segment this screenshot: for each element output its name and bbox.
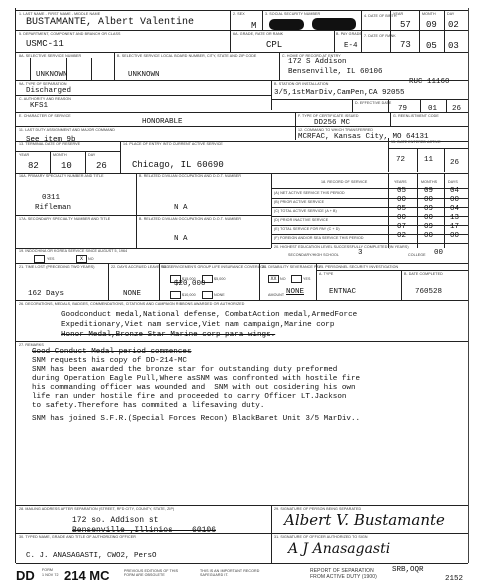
service-row-label: (a) NET ACTIVE SERVICE THIS PERIOD [274, 191, 345, 195]
terminal-year: 82 [28, 161, 39, 171]
authority-value: KFS1 [30, 102, 48, 111]
remarks-line: his commanding officer was wounded and S… [32, 384, 356, 393]
time-lost-value: 162 Days [28, 290, 64, 299]
station-ruc: RUC 11160 [409, 78, 450, 87]
officer-signature: A J Anasagasti [288, 541, 390, 557]
days-leave-value: NONE [123, 290, 141, 299]
education-secondary-label: SECONDARY/HIGH SCHOOL [288, 253, 339, 257]
form-label: FORM [42, 568, 53, 572]
command-label: 12. COMMAND TO WHICH TRANSFERRED [298, 128, 373, 132]
character-label: e. CHARACTER OF SERVICE [19, 114, 71, 118]
service-row-years: 05 [397, 187, 406, 196]
service-row-days: 04 [450, 205, 459, 214]
days-header: DAYS [448, 180, 458, 184]
pay-grade-value: E-4 [344, 42, 358, 51]
grade-label: 6a. GRADE, RATE OR RANK [233, 32, 283, 36]
service-row-label: (c) TOTAL ACTIVE SERVICE (a + b) [274, 209, 337, 213]
education-secondary-value: 3 [358, 249, 363, 258]
decorations-label: 26. DECORATIONS, MEDALS, BADGES, COMMEND… [19, 302, 244, 306]
days-leave-label: 22. DAYS ACCRUED LEAVE PAID [111, 265, 169, 269]
station-value: 3/5,1stMarDiv,CamPen,CA 92055 [274, 89, 405, 98]
terminal-year-label: YEAR [19, 153, 29, 157]
terminal-day-label: DAY [88, 153, 95, 157]
place-of-entry-value: Chicago, IL 60690 [132, 160, 224, 170]
mailing-address-label: 28. MAILING ADDRESS AFTER SEPARATION (St… [19, 507, 174, 511]
service-row-label: (e) TOTAL SERVICE FOR PAY (c + d) [274, 227, 340, 231]
related-civilian-secondary-label: b. RELATED CIVILIAN OCCUPATION AND D.O.T… [139, 217, 241, 221]
vietnam-yes-label: YES [47, 257, 55, 261]
place-of-entry-label: 14. PLACE OF ENTRY INTO CURRENT ACTIVE S… [123, 142, 223, 146]
authorizing-officer-label: 30. TYPED NAME, GRADE AND TITLE OF AUTHO… [19, 535, 136, 539]
disability-yes-checkbox[interactable] [291, 275, 302, 283]
disability-no-label: NO [280, 277, 286, 281]
page-mark: 2152 [445, 575, 463, 584]
service-row-years: 05 [397, 205, 406, 214]
dob-day: 02 [448, 20, 459, 30]
remarks-line: Good Conduct Medal period commences [32, 348, 192, 357]
secondary-specialty-label: 17a. SECONDARY SPECIALTY NUMBER AND TITL… [19, 217, 110, 221]
sgli-opt3-label: $10,000 [182, 293, 196, 297]
remarks-line: SNM has been awarded the bronze star for… [32, 366, 337, 375]
pay-grade-label: b. PAY GRADE [336, 32, 362, 36]
decorations-line: Honor Medal,Bronze Star Marine corp para… [61, 331, 275, 340]
dob-day-label: DAY [447, 12, 454, 16]
service-row-months: 00 [424, 214, 433, 223]
service-row-years: 00 [397, 196, 406, 205]
disability-label: 24. DISABILITY SEVERANCE PAY [262, 265, 321, 269]
vietnam-service-label: 19. INDOCHINA OR KOREA SERVICE SINCE AUG… [19, 249, 127, 253]
form-number-prefix: DD [16, 568, 35, 583]
important-record-note: THIS IS AN IMPORTANT RECORD SAFEGUARD IT… [200, 569, 260, 577]
security-date-value: 760528 [415, 288, 442, 297]
decorations-line: Expeditionary,Viet nam service,Viet nam … [61, 321, 334, 330]
dob-year-label: YEAR [393, 12, 403, 16]
service-row-years: 02 [397, 232, 406, 241]
sgli-label: 23. SERVICEMEN'S GROUP LIFE INSURANCE CO… [162, 265, 266, 269]
ssn-redaction [269, 19, 304, 30]
service-row-months: 00 [424, 232, 433, 241]
security-date-label: b. DATE COMPLETED [404, 272, 443, 276]
ss-number-label: 8a. SELECTIVE SERVICE NUMBER [19, 54, 81, 58]
date-entered-year: 72 [396, 156, 405, 165]
months-header: MONTHS [421, 180, 437, 184]
routing-code: SRB,OQR [392, 566, 424, 575]
service-row-years: 07 [397, 223, 406, 232]
date-entered-day: 26 [450, 159, 459, 168]
home-of-record-line2: Bensenville, IL 60106 [288, 68, 383, 77]
service-row-years: 00 [397, 214, 406, 223]
vietnam-no-label: NO [88, 257, 94, 261]
education-college-value: 00 [434, 249, 443, 258]
certificate-label: f. TYPE OF CERTIFICATE ISSUED [298, 114, 359, 118]
vietnam-no-checkbox[interactable]: X [76, 255, 87, 263]
terminal-day: 26 [96, 161, 107, 171]
authority-label: c. AUTHORITY AND REASON [19, 97, 71, 101]
sex-label: 2. SEX [233, 12, 245, 16]
date-of-rank-year: 73 [400, 40, 411, 50]
member-signature: Albert V. Bustamante [284, 511, 445, 529]
date-of-rank-label: 7. DATE OF RANK [364, 34, 396, 38]
form-title-line2: FROM ACTIVE DUTY (1900) [310, 574, 377, 580]
service-row-days: 17 [450, 223, 459, 232]
service-row-months: 09 [424, 223, 433, 232]
service-row-label: (d) PRIOR INACTIVE SERVICE [274, 218, 328, 222]
remarks-line: SNM has joined S.F.R.(Special Forces Rec… [32, 415, 360, 424]
dd214-form: 1. LAST NAME - FIRST NAME - MIDDLE NAME … [15, 8, 469, 563]
years-header: YEARS [394, 180, 407, 184]
record-of-service-label: 18. RECORD OF SERVICE [321, 180, 367, 184]
sgli-10000-checkbox[interactable] [170, 291, 181, 299]
sgli-opt2-label: $5,000 [214, 277, 226, 281]
separation-type-label: 9a. TYPE OF SEPARATION [19, 82, 67, 86]
primary-specialty-title: Rifleman [35, 204, 71, 213]
service-row-days: 04 [450, 187, 459, 196]
name-value: BUSTAMANTE, Albert Valentine [26, 18, 194, 28]
home-of-record-line1: 172 S Addison [288, 58, 347, 67]
service-row-days: 00 [450, 232, 459, 241]
service-row-label: (f) FOREIGN AND/OR SEA SERVICE THIS PERI… [274, 236, 364, 240]
security-type-label: a. TYPE [319, 272, 333, 276]
department-value: USMC-11 [26, 39, 64, 49]
date-of-rank-month: 05 [426, 41, 437, 51]
ssn-label: 3. SOCIAL SECURITY NUMBER [265, 12, 320, 16]
sgli-value: $20,000 [174, 280, 206, 289]
security-type-value: ENTNAC [329, 288, 356, 297]
related-civilian-secondary-value: N A [174, 235, 188, 244]
service-row-months: 09 [424, 205, 433, 214]
department-label: 5. DEPARTMENT, COMPONENT AND BRANCH OR C… [19, 32, 120, 36]
sgli-none-checkbox[interactable] [202, 291, 213, 299]
mailing-address-line1: 172 so. Addison st [72, 516, 158, 525]
related-civilian-primary-label: b. RELATED CIVILIAN OCCUPATION AND D.O.T… [139, 174, 241, 178]
decorations-line: Goodconduct medal,National defense, Comb… [61, 311, 357, 320]
disability-amount-label: AMOUNT [268, 293, 284, 297]
primary-specialty-label: 16a. PRIMARY SPECIALTY NUMBER AND TITLE [19, 174, 104, 178]
officer-signature-label: 31. SIGNATURE OF OFFICER AUTHORIZED TO S… [274, 535, 368, 539]
remarks-line: SNM requests his copy of DD-214-MC [32, 357, 187, 366]
disability-amount-value: NONE [286, 288, 304, 297]
service-row-months: 00 [424, 196, 433, 205]
remarks-label: 27. REMARKS [19, 343, 44, 347]
dob-label: 4. DATE OF BIRTH [364, 14, 397, 18]
terminal-month: 10 [61, 161, 72, 171]
reenlistment-label: g. REENLISTMENT CODE [393, 114, 439, 118]
grade-value: CPL [266, 40, 282, 50]
related-civilian-primary-value: N A [174, 204, 188, 213]
authorizing-officer-value: C. J. ANASAGASTI, CWO2, PersO [26, 552, 157, 561]
last-duty-label: 11. LAST DUTY ASSIGNMENT AND MAJOR COMMA… [19, 128, 115, 132]
education-college-label: COLLEGE [408, 253, 426, 257]
remarks-line: life ran under hostile fire and proceede… [32, 393, 346, 402]
service-row-months: 09 [424, 187, 433, 196]
date-entered-month: 11 [424, 156, 433, 165]
date-entered-label: 15. DATE ENTERED ACTIVE [391, 140, 441, 144]
dob-year: 57 [400, 20, 411, 30]
time-lost-label: 21. TIME LOST (Preceding Two Years) [19, 265, 95, 269]
service-row-days: 00 [450, 196, 459, 205]
station-label: b. STATION OR INSTALLATION [274, 82, 328, 86]
form-number: 214 MC [64, 568, 110, 583]
remarks-line: during Operation Eagle Pull,Where asSNM … [32, 375, 360, 384]
education-label: 20. HIGHEST EDUCATION LEVEL SUCCESSFULLY… [274, 245, 409, 249]
terminal-month-label: MONTH [53, 153, 67, 157]
previous-editions-note: PREVIOUS EDITIONS OF THIS FORM ARE OBSOL… [124, 569, 184, 577]
terminal-date-label: 13. TERMINAL DATE OF RESERVE [19, 142, 80, 146]
date-of-rank-day: 03 [448, 41, 459, 51]
ss-board-value: UNKNOWN [128, 71, 160, 80]
service-row-label: (b) PRIOR ACTIVE SERVICE [274, 200, 324, 204]
form-date: 1 NOV 72 [42, 573, 59, 577]
disability-no-checkbox[interactable]: XX [268, 275, 279, 283]
vietnam-yes-checkbox[interactable] [34, 255, 45, 263]
ss-number-value: UNKNOWN [36, 71, 68, 80]
dob-month: 09 [426, 20, 437, 30]
primary-specialty-number: 0311 [42, 194, 60, 203]
remarks-line: to safety.Therefore has commited a lifes… [32, 402, 264, 411]
disability-yes-label: YES [303, 277, 311, 281]
ssn-redaction-2 [312, 18, 356, 30]
security-investigation-label: 25. PERSONNEL SECURITY INVESTIGATION [319, 265, 398, 269]
name-label: 1. LAST NAME - FIRST NAME - MIDDLE NAME [19, 12, 100, 16]
ss-board-label: b. SELECTIVE SERVICE LOCAL BOARD NUMBER,… [117, 54, 256, 58]
service-row-days: 13 [450, 214, 459, 223]
sgli-opt4-label: NONE [214, 293, 225, 297]
effective-date-label: d. EFFECTIVE DATE [355, 101, 391, 105]
dob-month-label: MONTH [422, 12, 436, 16]
